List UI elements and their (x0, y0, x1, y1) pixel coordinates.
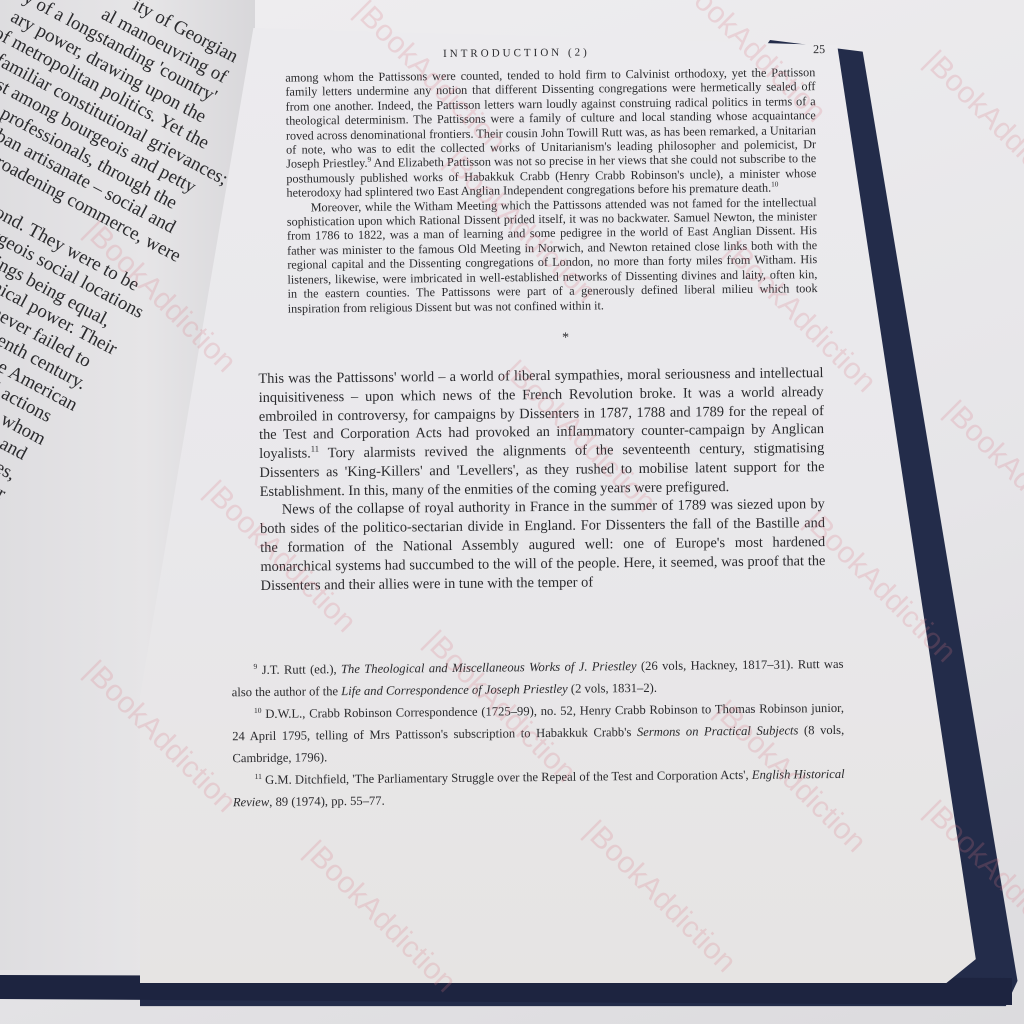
footnote-ref[interactable]: 10 (771, 180, 778, 189)
footnote-10: 10 D.W.L., Crabb Robinson Correspondence… (232, 697, 845, 769)
footnote-9: 9 J.T. Rutt (ed.), The Theological and M… (231, 653, 843, 703)
paragraph: This was the Pattissons' world – a world… (258, 364, 824, 501)
page-number: 25 (813, 42, 830, 57)
section-break: * (298, 328, 833, 350)
paragraph: News of the collapse of royal authority … (260, 496, 826, 596)
footnotes: 9 J.T. Rutt (ed.), The Theological and M… (231, 653, 845, 813)
footnote-11: 11 G.M. Ditchfield, 'The Parliamentary S… (233, 763, 845, 813)
footnote-ref[interactable]: 11 (311, 444, 319, 454)
pre-break-text: among whom the Pattissons were counted, … (285, 65, 818, 315)
paragraph: Moreover, while the Witham Meeting which… (287, 195, 818, 316)
paragraph: among whom the Pattissons were counted, … (285, 65, 816, 200)
post-break-text: This was the Pattissons' world – a world… (258, 364, 825, 595)
chapter-title: INTRODUCTION (2) (443, 46, 590, 60)
right-page-content: INTRODUCTION (2) 25 among whom the Patti… (255, 42, 838, 813)
